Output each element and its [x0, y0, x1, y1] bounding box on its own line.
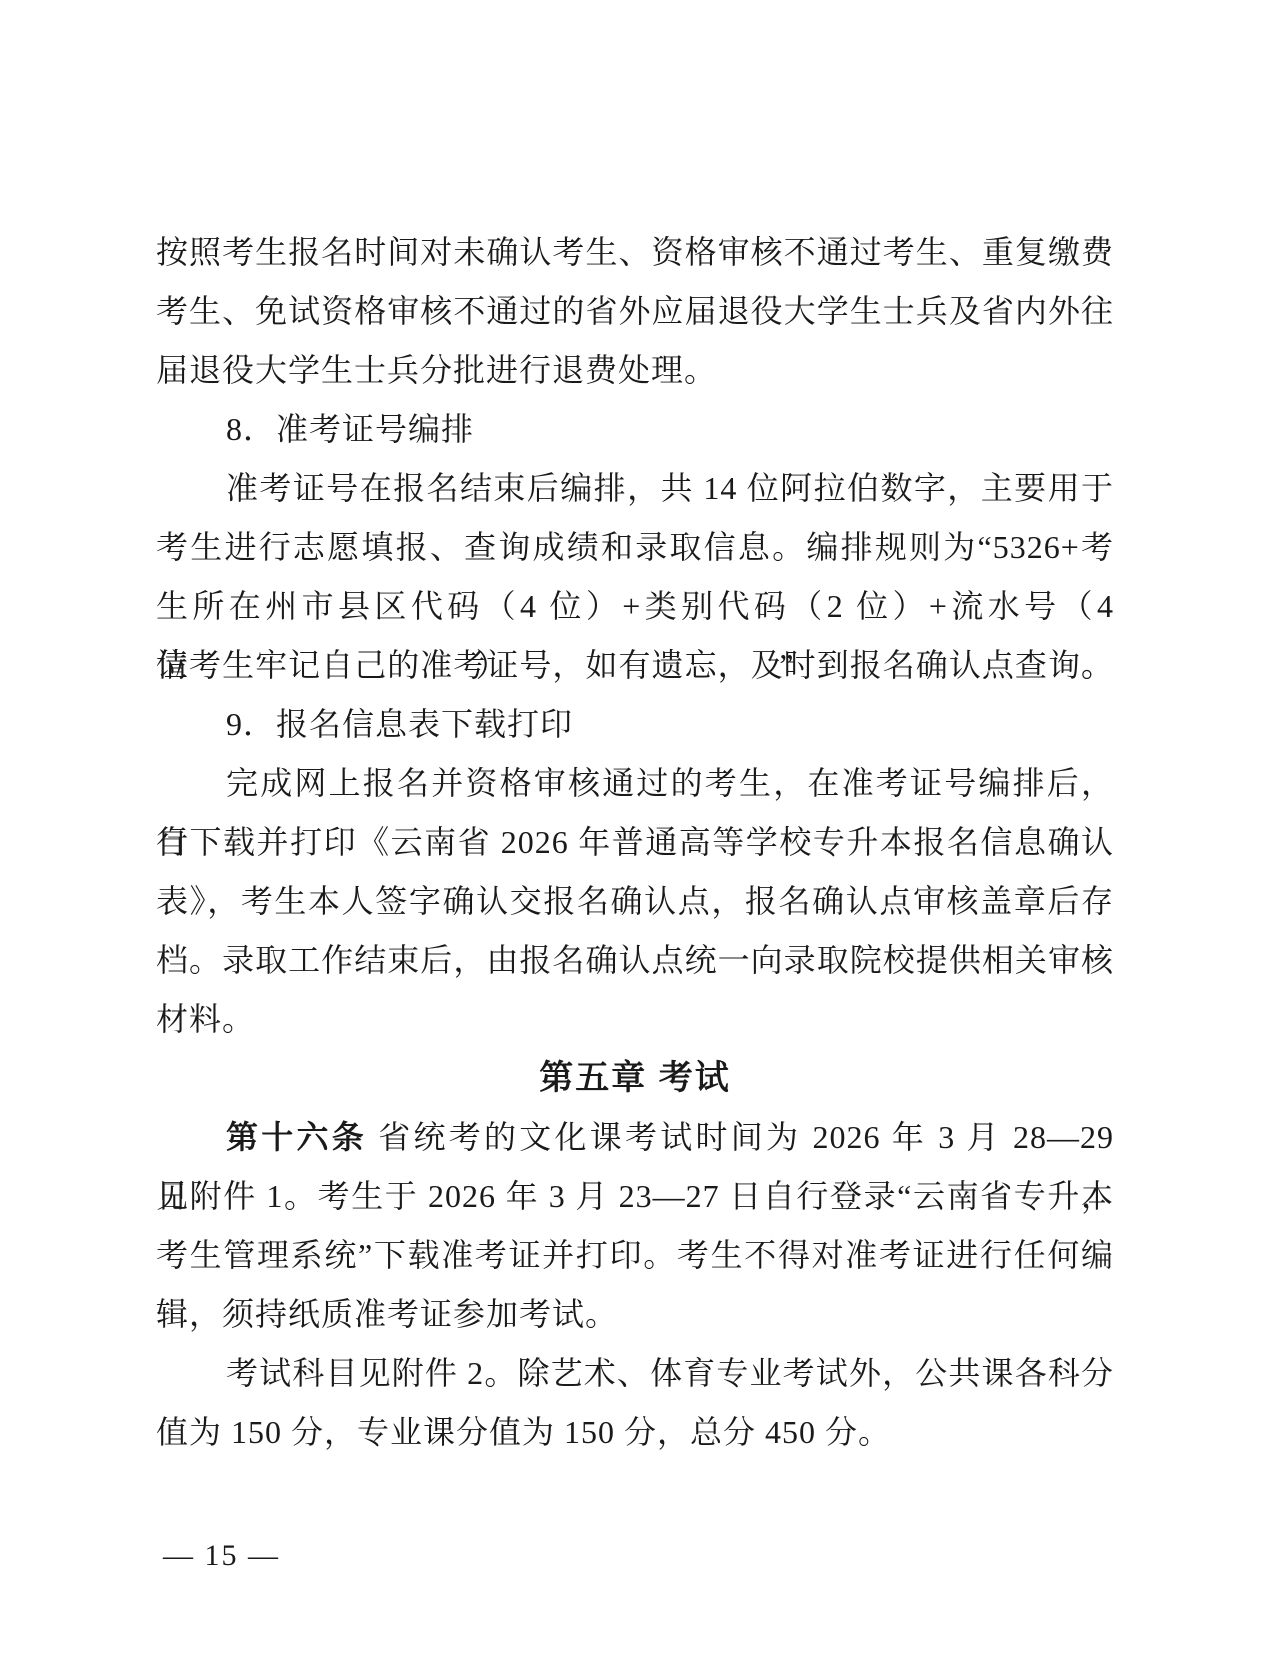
- text-line: 请考生牢记自己的准考证号，如有遗忘，及时到报名确认点查询。: [156, 636, 1114, 695]
- list-item-9-heading: 9．报名信息表下载打印: [156, 695, 1114, 754]
- text-line: 辑，须持纸质准考证参加考试。: [156, 1285, 1114, 1344]
- text-line: 见附件 1。考生于 2026 年 3 月 23—27 日自行登录“云南省专升本: [156, 1167, 1114, 1226]
- text-line: 表》，考生本人签字确认交报名确认点，报名确认点审核盖章后存: [156, 872, 1114, 931]
- text-line: 行下载并打印《云南省 2026 年普通高等学校专升本报名信息确认: [156, 813, 1114, 872]
- document-body: 按照考生报名时间对未确认考生、资格审核不通过考生、重复缴费 考生、免试资格审核不…: [156, 223, 1114, 1462]
- text-line: 考生、免试资格审核不通过的省外应届退役大学生士兵及省内外往: [156, 282, 1114, 341]
- text-line: 考试科目见附件 2。除艺术、体育专业考试外，公共课各科分: [156, 1344, 1114, 1403]
- text-line: 准考证号在报名结束后编排，共 14 位阿拉伯数字，主要用于: [156, 459, 1114, 518]
- article-line: 第十六条 省统考的文化课考试时间为 2026 年 3 月 28—29 日，: [156, 1108, 1114, 1167]
- list-item-8-heading: 8．准考证号编排: [156, 400, 1114, 459]
- text-line: 届退役大学生士兵分批进行退费处理。: [156, 341, 1114, 400]
- text-line: 值为 150 分，专业课分值为 150 分，总分 450 分。: [156, 1403, 1114, 1462]
- text-line: 考生进行志愿填报、查询成绩和录取信息。编排规则为“5326+考: [156, 518, 1114, 577]
- text-line: 生所在州市县区代码（4 位）+类别代码（2 位）+流水号（4 位）”。: [156, 577, 1114, 636]
- document-page: 按照考生报名时间对未确认考生、资格审核不通过考生、重复缴费 考生、免试资格审核不…: [0, 0, 1280, 1656]
- article-number: 第十六条: [226, 1119, 367, 1155]
- text-line: 完成网上报名并资格审核通过的考生，在准考证号编排后，自: [156, 754, 1114, 813]
- text-line: 考生管理系统”下载准考证并打印。考生不得对准考证进行任何编: [156, 1226, 1114, 1285]
- text-line: 按照考生报名时间对未确认考生、资格审核不通过考生、重复缴费: [156, 223, 1114, 282]
- text-line: 档。录取工作结束后，由报名确认点统一向录取院校提供相关审核: [156, 931, 1114, 990]
- text-line: 材料。: [156, 990, 1114, 1049]
- chapter-heading: 第五章 考试: [156, 1049, 1114, 1108]
- page-number: — 15 —: [163, 1526, 280, 1585]
